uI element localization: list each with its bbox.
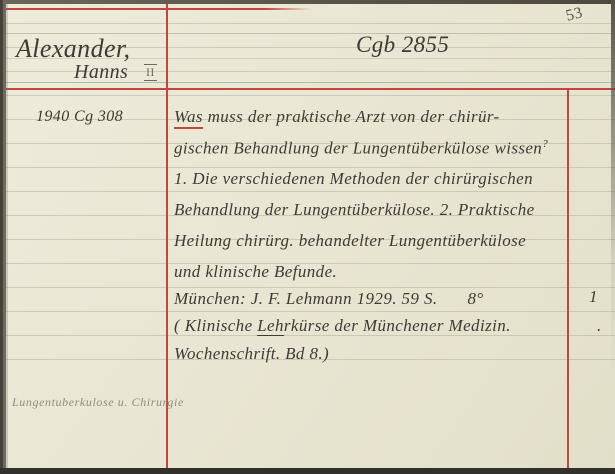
body-line-4: Behandlung der Lungentüberkülose. 2. Pra… xyxy=(174,200,535,220)
series-underlined: Leh xyxy=(257,316,284,336)
author-numeral: II xyxy=(144,64,157,81)
catalog-card: 53 Alexander, Hanns II Cgb 2855 1940 Cg … xyxy=(0,0,615,474)
body-line-2-text: gischen Behandlung der Lungentüberkülose… xyxy=(174,139,542,158)
body-line-5: Heilung chirürg. behandelter Lungentüber… xyxy=(174,231,526,251)
scan-edge-right xyxy=(611,0,615,474)
margin-dot: . xyxy=(597,316,602,336)
scan-edge-bottom xyxy=(0,468,615,474)
subject-pencil-note: Lungentuberkulose u. Chirurgie xyxy=(12,395,184,410)
body-line-2-superscript: ? xyxy=(542,138,548,150)
series-line-2: Wochenschrift. Bd 8.) xyxy=(174,344,329,364)
red-rule-main-horizontal xyxy=(0,88,615,90)
series-line-1: ( Klinische Lehrkürse der Münchener Medi… xyxy=(174,316,511,336)
imprint-line: München: J. F. Lehmann 1929. 59 S.8° xyxy=(174,289,484,309)
body-line-2: gischen Behandlung der Lungentüberkülose… xyxy=(174,138,548,159)
body-line-3: 1. Die verschiedenen Methoden der chirür… xyxy=(174,169,533,189)
imprint-text: München: J. F. Lehmann 1929. 59 S. xyxy=(174,289,438,308)
body-line-1: Was muss der praktische Arzt von der chi… xyxy=(174,107,500,127)
series-open: ( Klinische xyxy=(174,316,257,335)
scan-edge-left xyxy=(0,0,8,474)
book-format: 8° xyxy=(468,289,484,308)
author-forename: Hanns xyxy=(74,61,128,84)
series-rest: rkürse der Münchener Medizin. xyxy=(284,316,511,335)
red-rule-top-horizontal xyxy=(0,8,312,10)
scan-edge-top xyxy=(0,0,615,4)
author-surname: Alexander, xyxy=(16,34,130,64)
title-underlined-word: Was xyxy=(174,107,203,129)
copy-count: 1 xyxy=(589,287,598,307)
shelfmark: Cgb 2855 xyxy=(356,32,449,58)
body-line-6: und klinische Befunde. xyxy=(174,262,337,282)
red-rule-right-vertical xyxy=(567,88,569,468)
accession-number: 1940 Cg 308 xyxy=(36,108,123,126)
body-line-1-rest: muss der praktische Arzt von der chirür- xyxy=(203,107,500,126)
